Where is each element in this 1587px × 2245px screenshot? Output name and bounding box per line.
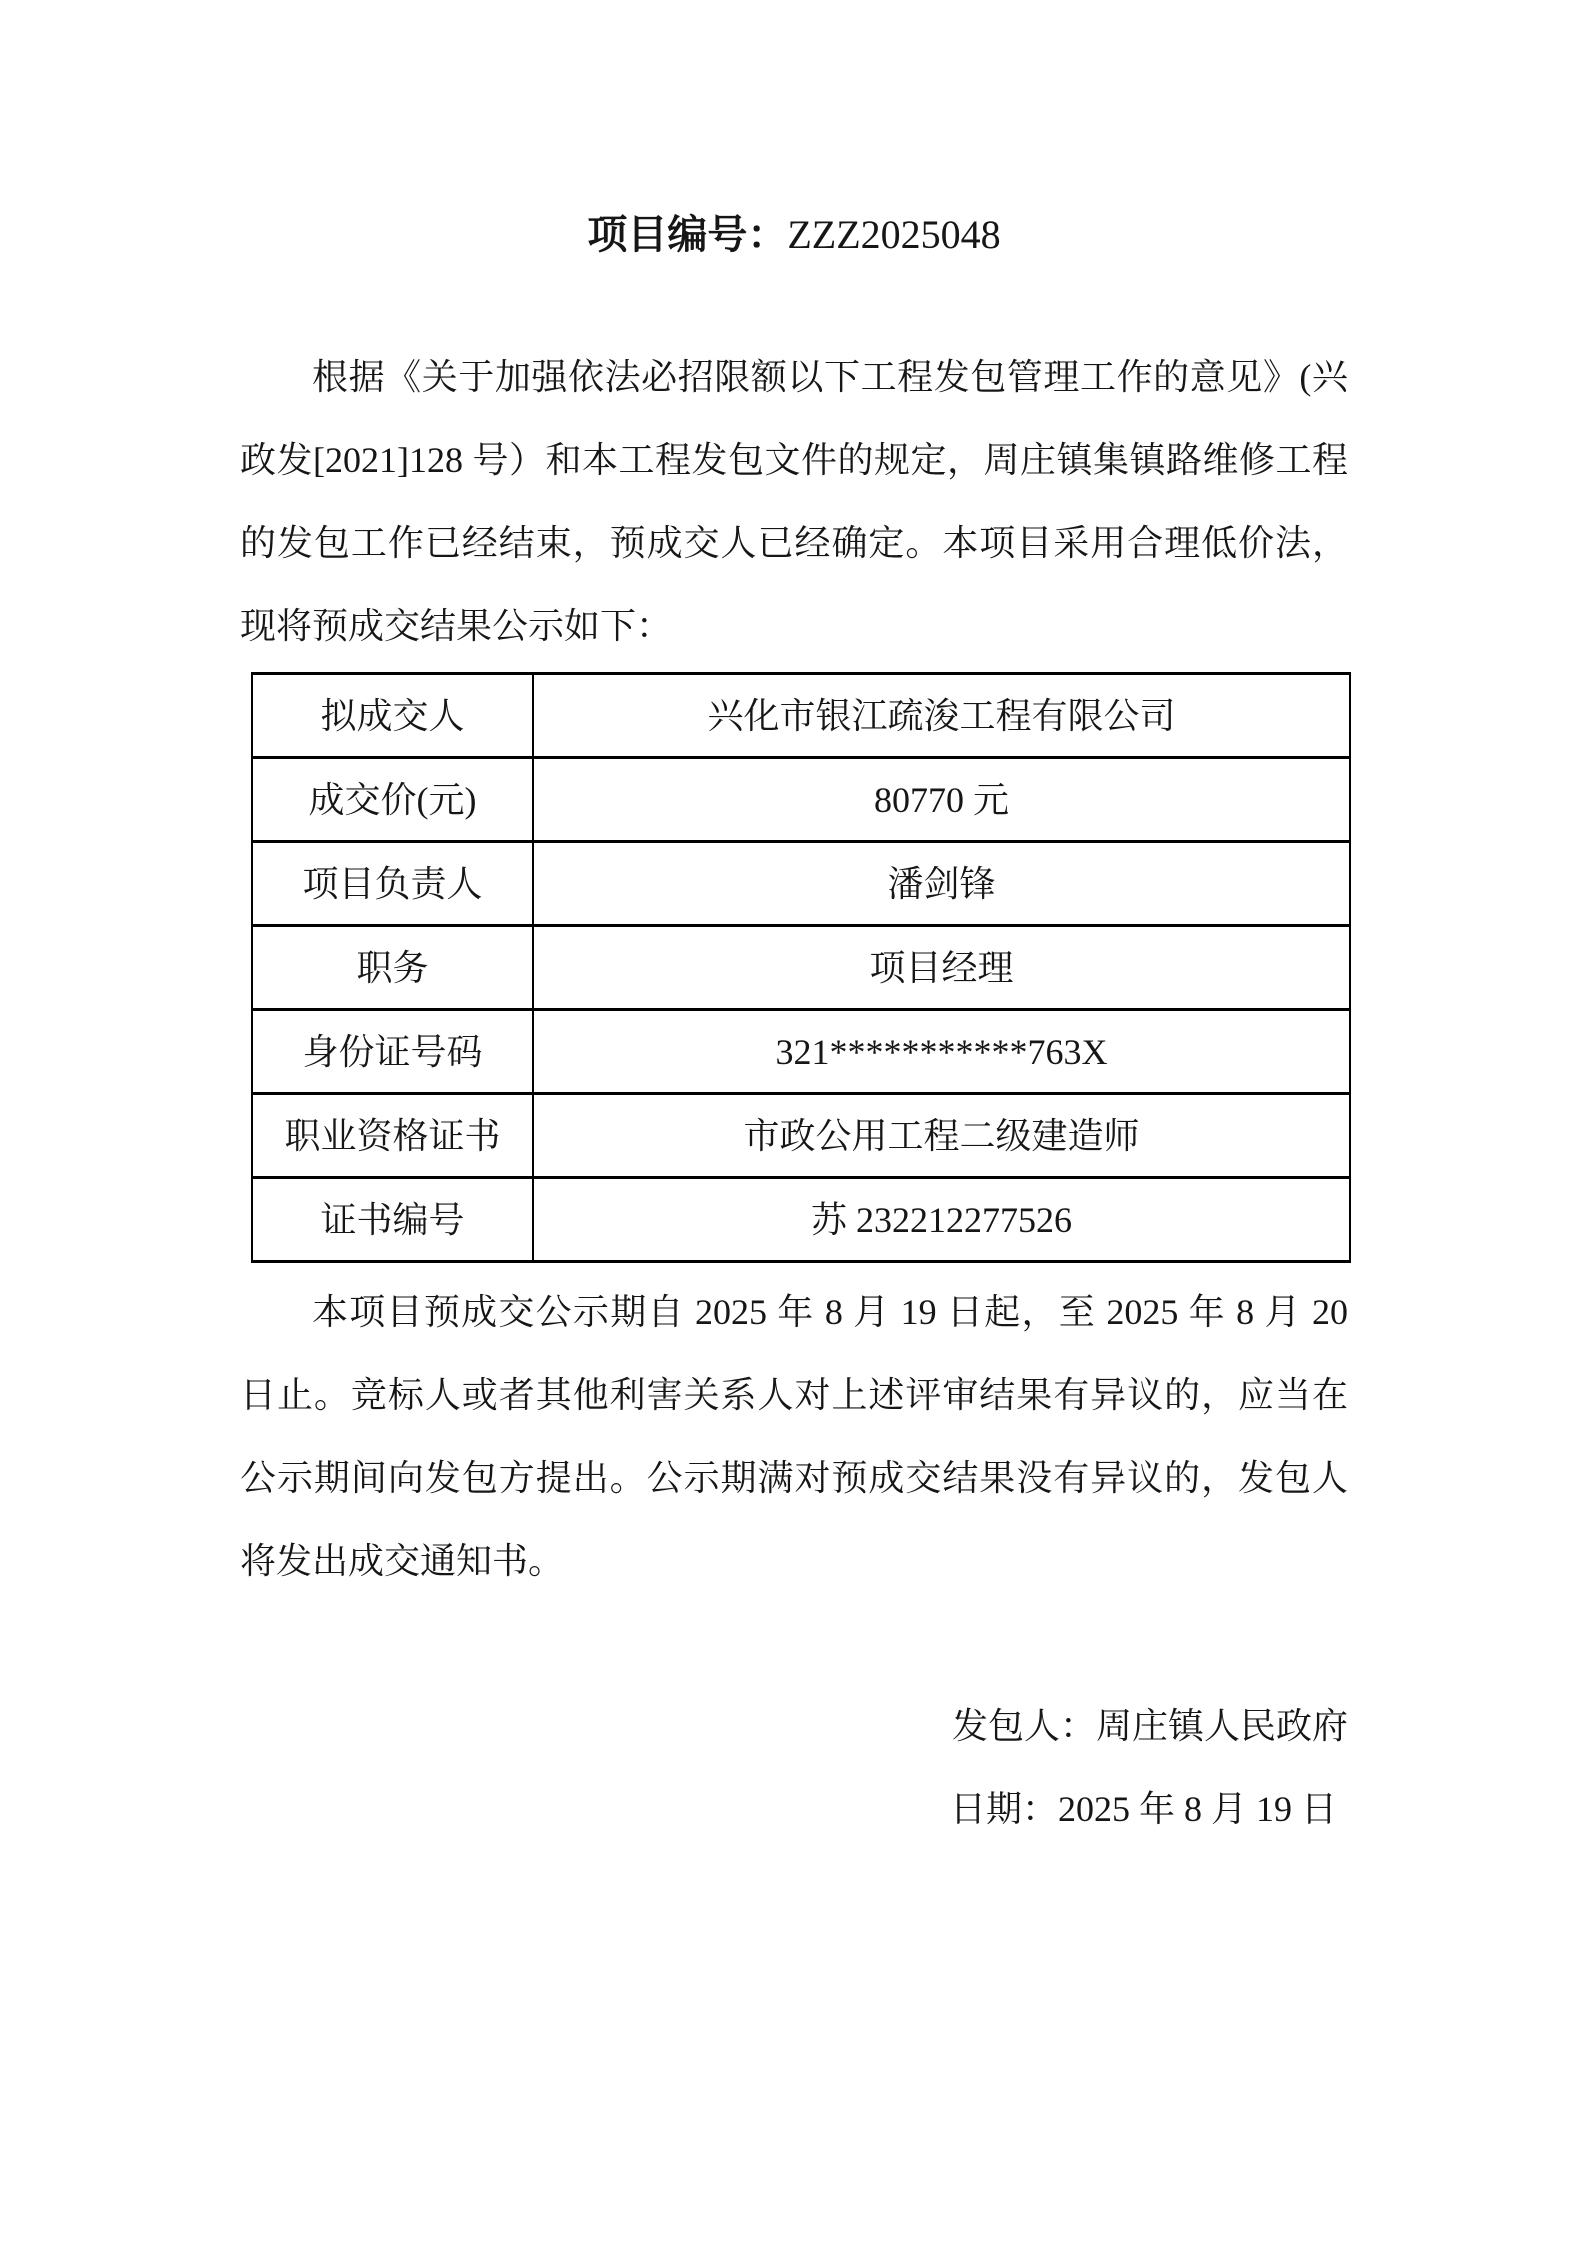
- project-number-label: 项目编号：: [587, 212, 787, 257]
- table-row-position: 职务 项目经理: [252, 926, 1350, 1010]
- issuer-line: 发包人：周庄镇人民政府: [240, 1685, 1348, 1768]
- row-value-price: 80770 元: [533, 758, 1350, 842]
- row-label-winner: 拟成交人: [252, 674, 533, 758]
- table-row-id-number: 身份证号码 321***********763X: [252, 1010, 1350, 1094]
- row-label-position: 职务: [252, 926, 533, 1010]
- row-label-id-number: 身份证号码: [252, 1010, 533, 1094]
- project-number-value: ZZZ2025048: [787, 212, 1000, 257]
- result-table-body: 拟成交人 兴化市银江疏浚工程有限公司 成交价(元) 80770 元 项目负责人 …: [252, 674, 1350, 1262]
- row-value-position: 项目经理: [533, 926, 1350, 1010]
- row-label-manager: 项目负责人: [252, 842, 533, 926]
- row-value-certificate: 市政公用工程二级建造师: [533, 1094, 1350, 1178]
- row-value-certificate-number: 苏 232212277526: [533, 1178, 1350, 1262]
- table-row-price: 成交价(元) 80770 元: [252, 758, 1350, 842]
- page-title: 项目编号：ZZZ2025048: [240, 0, 1348, 259]
- table-row-winner: 拟成交人 兴化市银江疏浚工程有限公司: [252, 674, 1350, 758]
- notice-paragraph: 本项目预成交公示期自 2025 年 8 月 19 日起，至 2025 年 8 月…: [240, 1271, 1348, 1603]
- result-table: 拟成交人 兴化市银江疏浚工程有限公司 成交价(元) 80770 元 项目负责人 …: [251, 672, 1351, 1263]
- row-value-id-number: 321***********763X: [533, 1010, 1350, 1094]
- row-value-manager: 潘剑锋: [533, 842, 1350, 926]
- signature-block: 发包人：周庄镇人民政府 日期：2025 年 8 月 19 日: [240, 1685, 1348, 1851]
- row-label-certificate-number: 证书编号: [252, 1178, 533, 1262]
- date-line: 日期：2025 年 8 月 19 日: [240, 1768, 1348, 1851]
- row-value-winner: 兴化市银江疏浚工程有限公司: [533, 674, 1350, 758]
- row-label-certificate: 职业资格证书: [252, 1094, 533, 1178]
- table-row-certificate: 职业资格证书 市政公用工程二级建造师: [252, 1094, 1350, 1178]
- table-row-certificate-number: 证书编号 苏 232212277526: [252, 1178, 1350, 1262]
- table-row-manager: 项目负责人 潘剑锋: [252, 842, 1350, 926]
- row-label-price: 成交价(元): [252, 758, 533, 842]
- intro-paragraph: 根据《关于加强依法必招限额以下工程发包管理工作的意见》(兴政发[2021]128…: [240, 336, 1348, 668]
- document-page: 项目编号：ZZZ2025048 根据《关于加强依法必招限额以下工程发包管理工作的…: [0, 0, 1587, 2245]
